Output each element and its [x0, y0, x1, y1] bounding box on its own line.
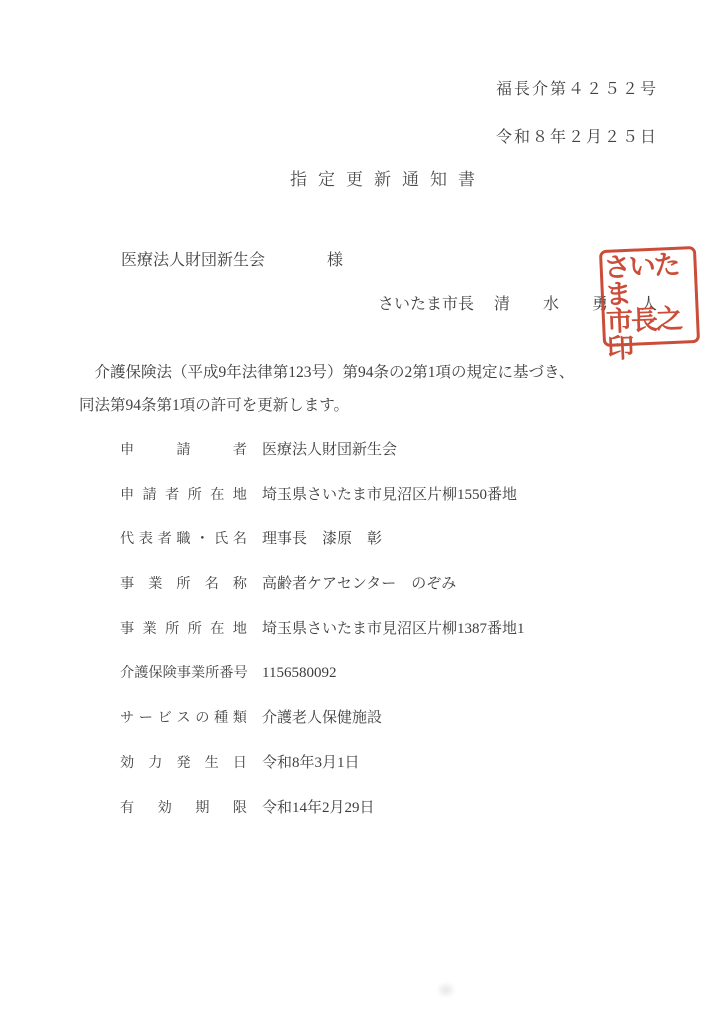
- field-value: 埼玉県さいたま市見沼区片柳1550番地: [262, 486, 517, 505]
- field-value: 令和8年3月1日: [262, 754, 360, 773]
- field-label: 代表者職・氏名: [120, 530, 247, 549]
- document-number: 福長介第４２５２号: [496, 76, 658, 99]
- field-value: 埼玉県さいたま市見沼区片柳1387番地1: [262, 620, 525, 639]
- addressee-line: 医療法人財団新生会様: [121, 247, 343, 270]
- field-label: サービスの種類: [120, 709, 247, 728]
- field-label: 申請者所在地: [120, 486, 247, 505]
- field-row-office-address: 事業所所在地 埼玉県さいたま市見沼区片柳1387番地1: [120, 620, 684, 665]
- field-label: 効力発生日: [120, 754, 247, 773]
- field-label: 事業所所在地: [120, 620, 247, 639]
- scanned-document-page: 福長介第４２５２号 令和８年２月２５日 指定更新通知書 医療法人財団新生会様 さ…: [0, 0, 724, 1024]
- addressee-honorific: 様: [327, 252, 343, 269]
- body-paragraph: 介護保険法（平成9年法律第123号）第94条の2第1項の規定に基づき、 同法第9…: [79, 356, 704, 422]
- field-row-service-type: サービスの種類 介護老人保健施設: [120, 709, 684, 754]
- field-list: 申請者 医療法人財団新生会 申請者所在地 埼玉県さいたま市見沼区片柳1550番地…: [120, 441, 684, 843]
- field-value: 介護老人保健施設: [262, 709, 382, 728]
- seal-row-bottom: 市長之印: [606, 305, 697, 363]
- seal-row-top: さいたま: [603, 251, 694, 309]
- document-title: 指定更新通知書: [290, 165, 486, 190]
- field-value: 令和14年2月29日: [262, 799, 375, 818]
- addressee-name: 医療法人財団新生会: [121, 252, 265, 269]
- field-value: 高齢者ケアセンター のぞみ: [262, 575, 456, 594]
- field-row-applicant: 申請者 医療法人財団新生会: [120, 441, 684, 486]
- field-label: 事業所名称: [120, 575, 247, 594]
- field-value: 1156580092: [262, 664, 336, 683]
- field-value: 理事長 漆原 彰: [262, 530, 382, 549]
- issue-date: 令和８年２月２５日: [496, 124, 658, 147]
- field-row-office-name: 事業所名称 高齢者ケアセンター のぞみ: [120, 575, 684, 620]
- field-label: 介護保険事業所番号: [120, 664, 247, 683]
- field-label: 申請者: [120, 441, 247, 460]
- field-row-representative: 代表者職・氏名 理事長 漆原 彰: [120, 530, 684, 575]
- mayor-seal-stamp: さいたま 市長之印: [599, 246, 700, 347]
- issuer-title: さいたま市長: [378, 296, 474, 313]
- field-row-office-number: 介護保険事業所番号 1156580092: [120, 664, 684, 709]
- field-label: 有効期限: [120, 799, 247, 818]
- field-value: 医療法人財団新生会: [262, 441, 397, 460]
- body-line-2: 同法第94条第1項の許可を更新します。: [79, 389, 704, 422]
- field-row-effective-date: 効力発生日 令和8年3月1日: [120, 754, 684, 799]
- field-row-applicant-address: 申請者所在地 埼玉県さいたま市見沼区片柳1550番地: [120, 486, 684, 531]
- scan-artifact-smudge: [436, 982, 456, 998]
- field-row-expiry-date: 有効期限 令和14年2月29日: [120, 799, 684, 844]
